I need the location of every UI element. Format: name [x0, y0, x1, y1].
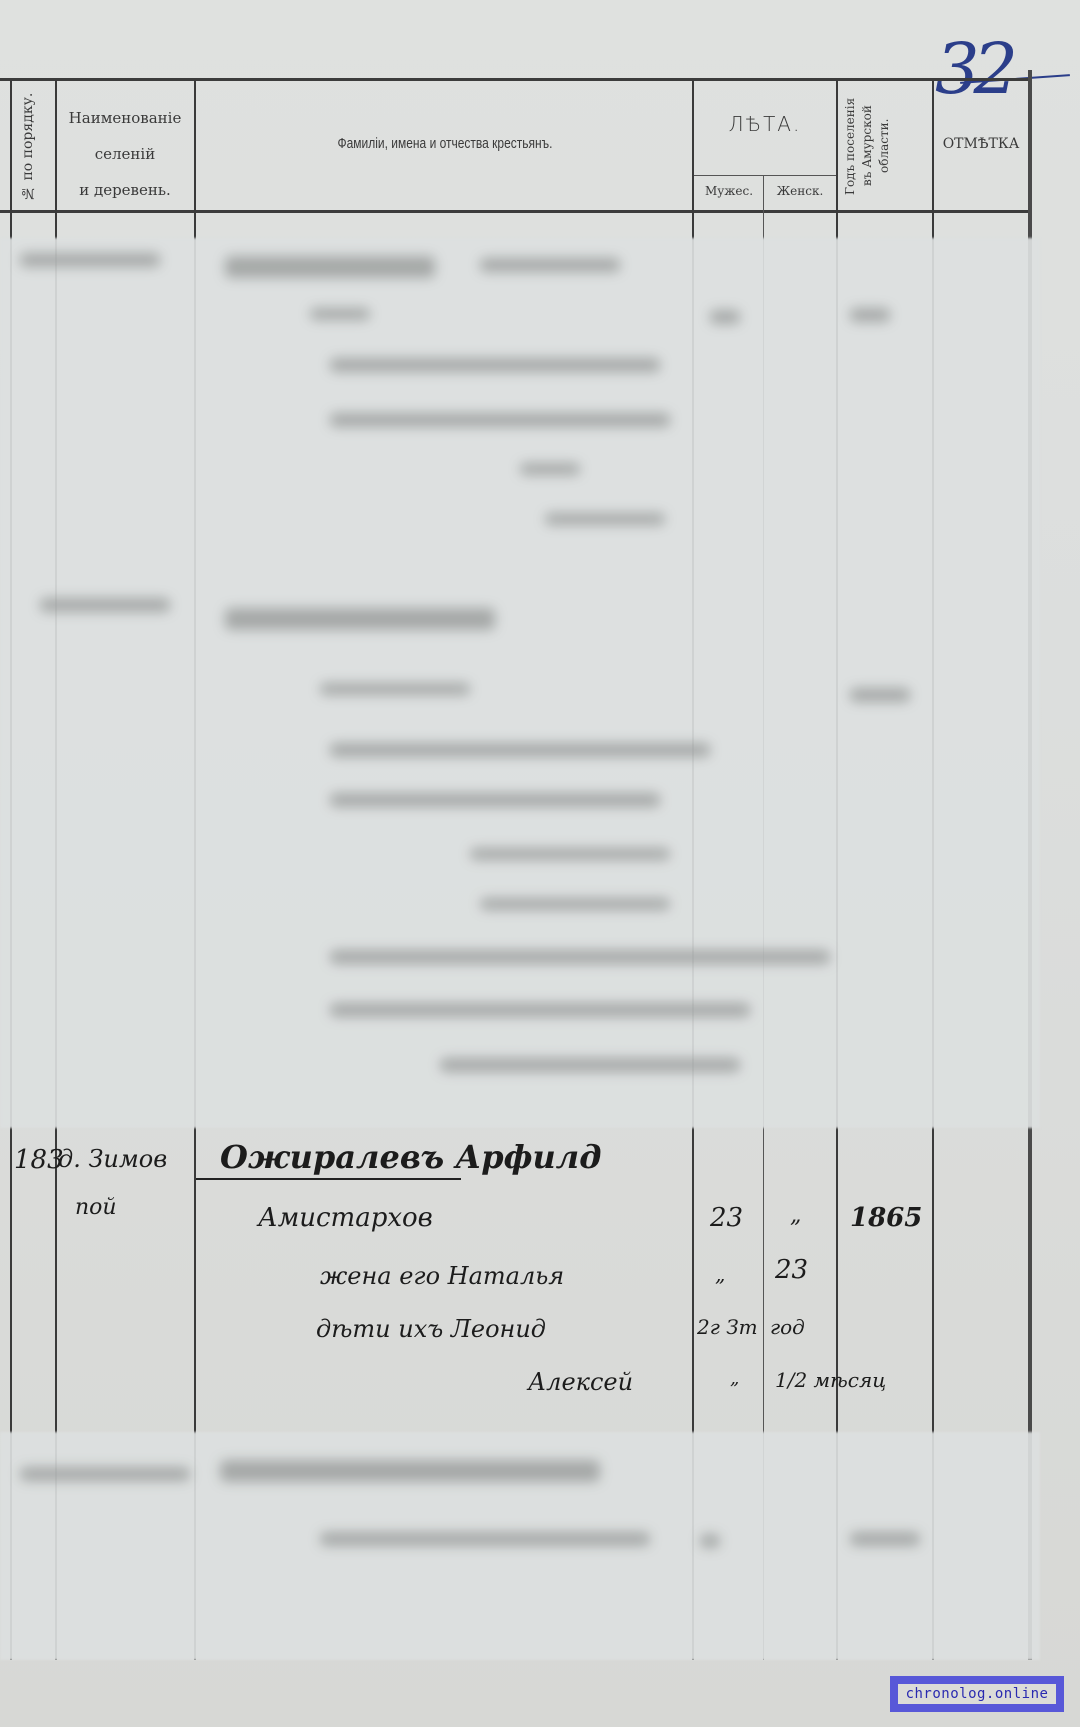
blurred-year: [850, 688, 910, 702]
blurred-surname: [220, 1460, 600, 1482]
watermark-text: chronolog.online: [898, 1684, 1057, 1704]
household-member-name: дѣти ихъ Леонид: [316, 1315, 546, 1343]
page-number: 32: [935, 28, 1012, 110]
entry-settlement-line2: пой: [75, 1195, 117, 1220]
header-settlement-line3: и деревень.: [60, 172, 190, 208]
blurred-line: [330, 413, 670, 427]
blurred-line: [330, 743, 710, 757]
header-bottom-border: [0, 210, 1030, 213]
header-ages: ЛѢТА.: [695, 112, 835, 136]
redacted-entries-block-2: [0, 1432, 1040, 1660]
blurred-settlement: [20, 253, 160, 267]
household-member-age-male: 23: [710, 1203, 743, 1233]
blurred-line: [480, 898, 670, 910]
household-member-name: Амистархов: [258, 1203, 433, 1233]
header-remark: ОТМѢТКА: [934, 136, 1028, 152]
entry-row-number: 183: [14, 1145, 64, 1175]
blurred-line: [330, 950, 830, 964]
blurred-line: [330, 358, 660, 372]
document-page: 32 № по порядку. Наименованіе селеній и …: [0, 0, 1080, 1727]
header-year-settled-line1: Годъ поселенія: [842, 86, 859, 206]
watermark-badge: chronolog.online: [890, 1676, 1064, 1712]
header-settlement-line2: селеній: [60, 136, 190, 172]
header-year-settled-line2: въ Амурской: [859, 86, 876, 206]
household-member-name: Алексей: [528, 1368, 633, 1396]
header-settlement-line1: Наименованіе: [60, 100, 190, 136]
blurred-year: [850, 308, 890, 322]
household-member-age-female: 23: [775, 1255, 808, 1285]
blurred-surname: [225, 608, 495, 630]
blurred-line: [330, 1003, 750, 1017]
household-member-age-female: год: [770, 1315, 805, 1339]
ages-subheader-divider: [693, 175, 836, 176]
table-top-border: [0, 78, 1030, 81]
household-member-age-female: 1/2 мѣсяц: [775, 1368, 886, 1392]
blurred-settlement: [20, 1467, 190, 1481]
blurred-line: [520, 463, 580, 475]
blurred-settlement: [40, 598, 170, 612]
blurred-line: [545, 513, 665, 525]
surname-underline: [196, 1178, 461, 1180]
household-member-age-female: „: [790, 1203, 801, 1228]
blurred-age: [710, 310, 740, 324]
blurred-line: [310, 308, 370, 320]
blurred-year: [850, 1532, 920, 1546]
blurred-name: [480, 258, 620, 272]
redacted-entries-block-1: [0, 238, 1040, 1128]
header-ages-male: Мужес.: [695, 184, 763, 198]
blurred-line: [470, 848, 670, 860]
header-ages-female: Женск.: [765, 184, 835, 198]
household-member-age-male: „: [730, 1368, 739, 1389]
entry-head-surname: Ожиралевъ Арфилд: [220, 1138, 601, 1176]
blurred-line: [320, 683, 470, 695]
household-member-name: жена его Наталья: [320, 1262, 564, 1290]
blurred-surname: [225, 256, 435, 278]
blurred-line: [320, 1532, 650, 1546]
blurred-line: [330, 793, 660, 807]
household-member-age-male: „: [715, 1262, 725, 1286]
header-year-settled-line3: области.: [876, 86, 893, 206]
header-names: Фамиліи, имена и отчества крестьянъ.: [249, 135, 641, 152]
blurred-age: [700, 1534, 720, 1548]
header-settlement: Наименованіе селеній и деревень.: [60, 100, 190, 208]
blurred-line: [440, 1058, 740, 1072]
household-member-age-male: 2г Зт: [697, 1315, 758, 1339]
entry-settlement-line1: д. Зимов: [58, 1145, 167, 1173]
household-member-year-settled: 1865: [850, 1203, 922, 1233]
header-row-number: № по порядку.: [20, 88, 50, 206]
header-year-settled: Годъ поселенія въ Амурской области.: [842, 86, 928, 206]
